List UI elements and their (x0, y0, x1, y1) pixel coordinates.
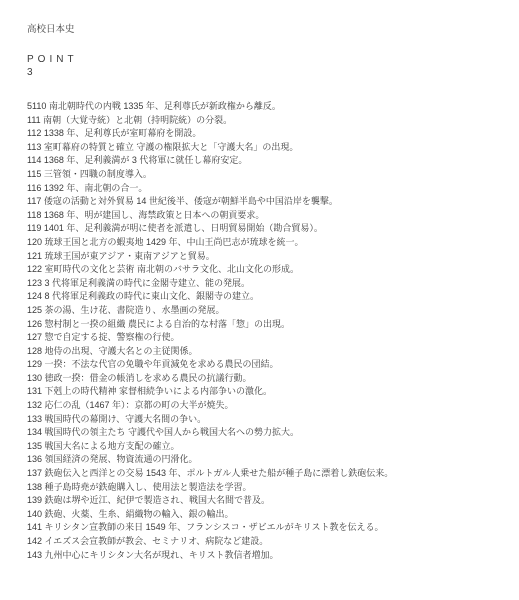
list-item: 140 鉄砲、火薬、生糸、絹織物の輸入、銀の輸出。 (27, 508, 499, 522)
list-item: 114 1368 年、足利義満が 3 代将軍に就任し幕府安定。 (27, 154, 499, 168)
list-item: 119 1401 年、足利義満が明に使者を派遣し、日明貿易開始（勘合貿易）。 (27, 222, 499, 236)
list-item: 142 イエズス会宣教師が教会、セミナリオ、病院など建設。 (27, 535, 499, 549)
list-item: 112 1338 年、足利尊氏が室町幕府を開設。 (27, 127, 499, 141)
list-item: 130 徳政一揆：借金の帳消しを求める農民の抗議行動。 (27, 372, 499, 386)
list-item: 118 1368 年、明が建国し、海禁政策と日本への朝貢要求。 (27, 209, 499, 223)
list-item: 113 室町幕府の特質と確立 守護の権限拡大と「守護大名」の出現。 (27, 141, 499, 155)
list-item: 116 1392 年、南北朝の合一。 (27, 182, 499, 196)
list-item: 123 3 代将軍足利義満の時代に金閣寺建立、能の発展。 (27, 277, 499, 291)
list-item: 132 応仁の乱（1467 年）：京都の町の大半が焼失。 (27, 399, 499, 413)
list-item: 138 種子島時堯が鉄砲購入し、使用法と製造法を学習。 (27, 481, 499, 495)
list-item: 124 8 代将軍足利義政の時代に東山文化、銀閣寺の建立。 (27, 290, 499, 304)
list-item: 136 領国経済の発展、物資流通の円滑化。 (27, 453, 499, 467)
list-item: 139 鉄砲は堺や近江、紀伊で製造され、戦国大名間で普及。 (27, 494, 499, 508)
list-item: 135 戦国大名による地方支配の確立。 (27, 440, 499, 454)
list-item: 125 茶の湯、生け花、書院造り、水墨画の発展。 (27, 304, 499, 318)
list-item: 143 九州中心にキリシタン大名が現れ、キリスト教信者増加。 (27, 549, 499, 563)
list-item: 133 戦国時代の幕開け、守護大名間の争い。 (27, 413, 499, 427)
list-item: 137 鉄砲伝入と西洋との交易 1543 年、ポルトガル人乗せた船が種子島に漂着… (27, 467, 499, 481)
list-item: 128 地侍の出現、守護大名との主従関係。 (27, 345, 499, 359)
list-item: 120 琉球王国と北方の蝦夷地 1429 年、中山王尚巴志が琉球を統一。 (27, 236, 499, 250)
list-item: 126 惣村制と一揆の組織 農民による自治的な村落「惣」の出現。 (27, 318, 499, 332)
point-label: POINT (27, 53, 499, 66)
document-page: 高校日本史 POINT 3 5110 南北朝時代の内戦 1335 年、足利尊氏が… (0, 0, 519, 600)
list-item: 115 三管領・四職の制度導入。 (27, 168, 499, 182)
list-item: 134 戦国時代の領主たち 守護代や国人から戦国大名への勢力拡大。 (27, 426, 499, 440)
list-item: 127 惣で自定する掟、警察権の行使。 (27, 331, 499, 345)
list-item: 5110 南北朝時代の内戦 1335 年、足利尊氏が新政権から離反。 (27, 100, 499, 114)
list-item: 121 琉球王国が東アジア・東南アジアと貿易。 (27, 250, 499, 264)
point-list: 5110 南北朝時代の内戦 1335 年、足利尊氏が新政権から離反。111 南朝… (27, 100, 499, 562)
doc-title: 高校日本史 (27, 24, 499, 36)
list-item: 111 南朝（大覚寺統）と北朝（持明院統）の分裂。 (27, 114, 499, 128)
list-item: 122 室町時代の文化と芸術 南北朝のバサラ文化、北山文化の形成。 (27, 263, 499, 277)
list-item: 117 倭寇の活動と対外貿易 14 世紀後半、倭寇が朝鮮半島や中国沿岸を襲撃。 (27, 195, 499, 209)
list-item: 131 下剋上の時代精神 家督相続争いによる内部争いの激化。 (27, 385, 499, 399)
point-number: 3 (27, 66, 499, 80)
list-item: 141 キリシタン宣教師の来日 1549 年、フランシスコ・ザビエルがキリスト教… (27, 521, 499, 535)
list-item: 129 一揆：不法な代官の免職や年貢減免を求める農民の団結。 (27, 358, 499, 372)
